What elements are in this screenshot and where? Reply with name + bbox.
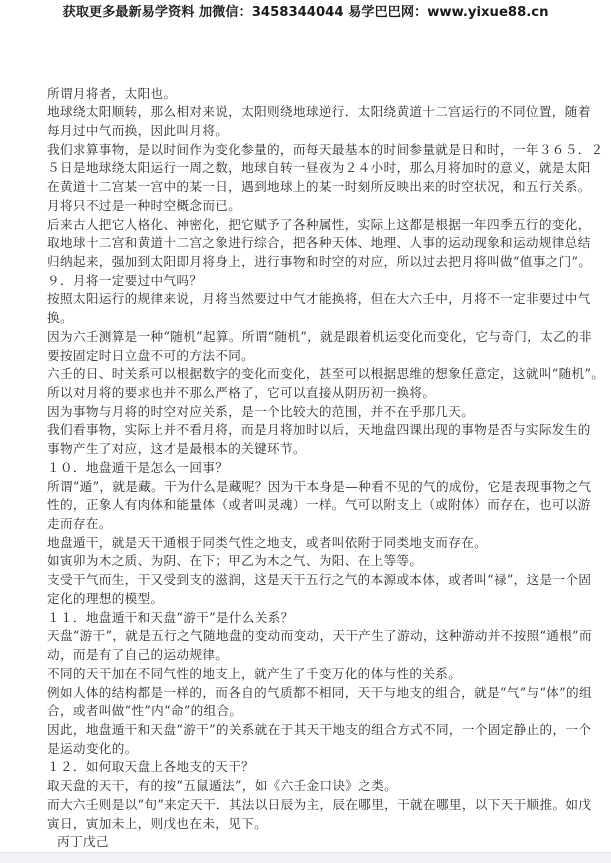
section-heading-11: １１．地盘遁干和天盘“游干”是什么关系？ <box>47 609 559 628</box>
section-heading-12: １２．如何取天盘上各地支的天干？ <box>47 758 559 777</box>
text-line: 合，或者叫做“性”内“命”的组合。 <box>47 702 559 721</box>
text-line: 六壬的日、时关系可以根据数字的变化而变化，甚至可以根据思维的想象任意定，这就叫“… <box>47 365 559 384</box>
text-line: 因为事物与月将的时空对应关系，是一个比较大的范围，并不在乎那几天。 <box>47 403 559 422</box>
text-line: 因为六壬测算是一种“随机”起算。所谓“随机”，就是跟着机运变化而变化，它与奇门，… <box>47 328 559 347</box>
text-line: 后来古人把它人格化、神密化，把它赋予了各种属性，实际上这都是根据一年四季五行的变… <box>47 216 559 235</box>
text-line: 例如人体的结构都是一样的，而各自的气质都不相同，天干与地支的组合，就是“气”与“… <box>47 684 559 703</box>
text-line: 归纳起来，强加到太阳即月将身上，进行事物和时空的对应，所以过去把月将叫做“值事之… <box>47 253 559 272</box>
text-line: 我们求算事物，是以时间作为变化参量的，而每天最基本的时间参量就是日和时，一年３６… <box>47 141 559 160</box>
text-line: 按照太阳运行的规律来说，月将当然要过中气才能换将，但在大六壬中，月将不一定非要过… <box>47 290 559 309</box>
text-line: 地球绕太阳顺转，那么相对来说，太阳则绕地球逆行．太阳绕黄道十二宫运行的不同位置，… <box>47 103 559 122</box>
text-line: 性的，正象人有肉体和能量体（或者叫灵魂）一样。气可以附支上（或附体）而存在，也可… <box>47 496 559 515</box>
text-line: 因此，地盘遁干和天盘“游干”的关系就在于其天干地支的组合方式不同，一个固定静止的… <box>47 721 559 740</box>
text-line: 换。 <box>47 309 559 328</box>
text-line: 如寅卯为木之质、为阴、在下；甲乙为木之气、为阳、在上等等。 <box>47 552 559 571</box>
text-line: 取地球十二宫和黄道十二宫之象进行综合，把各种天体、地理、人事的运动现象和运动规律… <box>47 234 559 253</box>
text-line: 所谓“遁”，就是藏。干为什么是藏呢？因为干本身是—种看不见的气的成份，它是表现事… <box>47 478 559 497</box>
document-body: 所谓月将者，太阳也。 地球绕太阳顺转，那么相对来说，太阳则绕地球逆行．太阳绕黄道… <box>47 85 559 852</box>
section-heading-10: １０．地盘遁干是怎么一回事？ <box>47 459 559 478</box>
text-line: 而大六壬则是以“旬”来定天干．其法以日辰为主，辰在哪里，干就在哪里，以下天干顺推… <box>47 796 559 815</box>
text-line: 在黄道十二宫某一宫中的某一日，遇到地球上的某一时刻所反映出来的时空状况，和五行关… <box>47 178 559 197</box>
text-line: 天盘“游干”，就是五行之气随地盘的变动而变动，天干产生了游动，这种游动并不按照“… <box>47 627 559 646</box>
text-line: 事物产生了对应，这才是最根本的关键环节。 <box>47 440 559 459</box>
text-line: 所谓月将者，太阳也。 <box>47 85 559 104</box>
text-line: 支受干气而生，干又受到支的滋润，这是天干五行之气的本源或本体，或者叫“禄”，这是… <box>47 571 559 590</box>
text-line: 寅日，寅加未上，则戊也在未，见下。 <box>47 815 559 834</box>
text-line: 取天盘的天干，有的按“五鼠遁法”，如《六壬金口诀》之类。 <box>47 777 559 796</box>
text-line: 地盘遁干，就是天干通根于同类气性之地支，或者叫依附于同类地支而存在。 <box>47 534 559 553</box>
text-line: 每月过中气而换，因此叫月将。 <box>47 122 559 141</box>
text-line: 要按固定时日立盘不可的方法不同。 <box>47 347 559 366</box>
section-heading-9: ９．月将一定要过中气吗？ <box>47 272 559 291</box>
text-line: 动，而是有了自己的运动规律。 <box>47 646 559 665</box>
stems-row-label: 丙丁戊己 <box>47 833 559 852</box>
text-line: 走而存在。 <box>47 515 559 534</box>
page-bottom-divider <box>0 852 611 863</box>
text-line: 我们看事物，实际上并不看月将，而是月将加时以后，天地盘四课出现的事物是否与实际发… <box>47 421 559 440</box>
text-line: ５日是地球绕太阳运行一周之数，地球自转一昼夜为２４小时，那么月将加时的意义，就是… <box>47 159 559 178</box>
text-line: 月将只不过是一种时空概念而已。 <box>47 197 559 216</box>
text-line: 不同的天干加在不同气性的地支上，就产生了千变万化的体与性的关系。 <box>47 665 559 684</box>
text-line: 定化的理想的模型。 <box>47 590 559 609</box>
text-line: 所以对月将的要求也并不那么严格了，它可以直接从阴历初一换将。 <box>47 384 559 403</box>
text-line: 是运动变化的。 <box>47 740 559 759</box>
page-header-watermark: 获取更多最新易学资料 加微信：3458344044 易学巴巴网：www.yixu… <box>0 3 611 23</box>
